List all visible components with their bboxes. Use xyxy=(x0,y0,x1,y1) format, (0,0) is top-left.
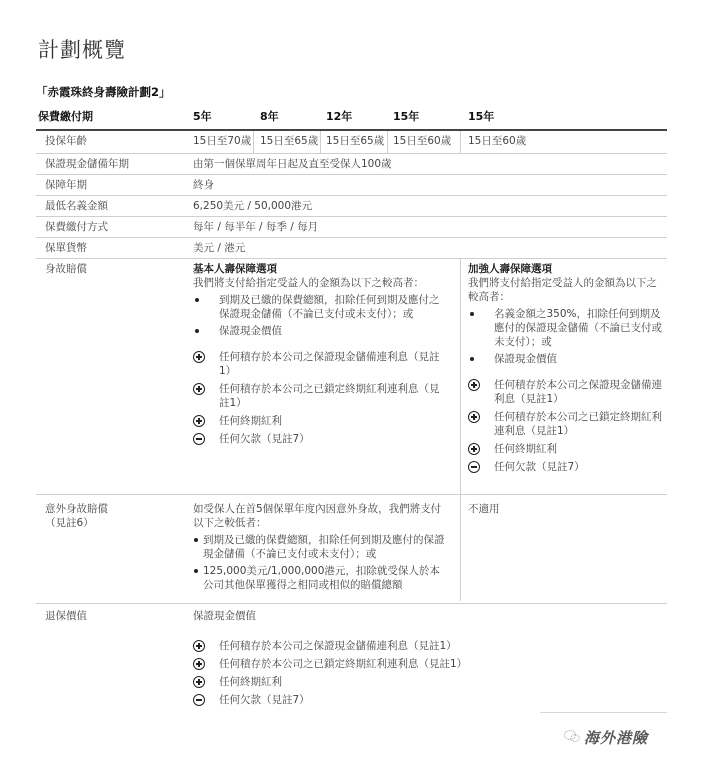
plus-circle-icon xyxy=(193,640,205,652)
row-label-payment-mode: 保費繳付方式 xyxy=(45,220,108,234)
header-term-12: 12年 xyxy=(326,106,352,128)
header-term-8: 8年 xyxy=(260,106,279,128)
plus-circle-icon xyxy=(193,351,205,363)
row-label-surrender-value: 退保價值 xyxy=(45,609,87,623)
row-divider xyxy=(36,603,667,604)
col-divider xyxy=(320,131,321,153)
row-divider xyxy=(36,195,667,196)
page-title: 計劃概覽 xyxy=(38,34,126,64)
row-divider xyxy=(36,494,667,495)
adjustment-item: 任何積存於本公司之已鎖定終期紅利連利息（見註1） xyxy=(468,410,664,438)
issue-age-5: 15日至70歲 xyxy=(193,134,251,148)
row-label-coverage-period: 保障年期 xyxy=(45,178,87,192)
plus-circle-icon xyxy=(193,415,205,427)
adjustment-item: 任何積存於本公司之保證現金儲備連利息（見註1） xyxy=(193,639,513,653)
list-item: 保證現金價值 xyxy=(193,324,448,338)
issue-age-15b: 15日至60歲 xyxy=(468,134,526,148)
header-divider xyxy=(36,129,667,131)
plan-name: 「赤霞珠終身壽險計劃2」 xyxy=(36,84,171,100)
minus-circle-icon xyxy=(193,694,205,706)
plus-circle-icon xyxy=(468,411,480,423)
enhanced-option-intro: 我們將支付給指定受益人的金額為以下之較高者： xyxy=(468,276,664,304)
bullet-icon xyxy=(195,329,199,333)
row-divider xyxy=(36,174,667,175)
row-label-currency: 保單貨幣 xyxy=(45,241,87,255)
adjustment-item: 任何欠款（見註7） xyxy=(193,432,448,446)
surrender-value-base: 保證現金價值 xyxy=(193,609,513,623)
accidental-death-intro: 如受保人在首5個保單年度內因意外身故，我們將支付以下之較低者： xyxy=(193,502,448,530)
col-divider-enhanced xyxy=(460,258,461,601)
plus-circle-icon xyxy=(193,658,205,670)
death-benefit-basic: 基本人壽保障選項 我們將支付給指定受益人的金額為以下之較高者： 到期及已繳的保費… xyxy=(193,262,448,446)
header-term-15b: 15年 xyxy=(468,106,494,128)
adjustment-item: 任何積存於本公司之保證現金儲備連利息（見註1） xyxy=(193,350,448,378)
col-divider xyxy=(253,131,254,153)
minus-circle-icon xyxy=(468,461,480,473)
row-label-death-benefit: 身故賠償 xyxy=(45,262,87,276)
bullet-icon xyxy=(470,357,474,361)
adjustment-item: 任何終期紅利 xyxy=(193,414,448,428)
header-payment-term-label: 保費繳付期 xyxy=(38,106,93,128)
accidental-death-basic: 如受保人在首5個保單年度內因意外身故，我們將支付以下之較低者： 到期及已繳的保費… xyxy=(193,502,448,592)
list-item: 到期及已繳的保費總額，扣除任何到期及應付之保證現金儲備（不論已支付或未支付）；或 xyxy=(193,293,448,321)
plus-circle-icon xyxy=(193,383,205,395)
bullet-icon xyxy=(194,569,198,573)
adjustment-item: 任何終期紅利 xyxy=(193,675,513,689)
bullet-icon xyxy=(470,312,474,316)
basic-option-title: 基本人壽保障選項 xyxy=(193,262,448,276)
row-divider xyxy=(36,216,667,217)
header-term-5: 5年 xyxy=(193,106,212,128)
bullet-icon xyxy=(194,538,198,542)
adjustment-item: 任何積存於本公司之已鎖定終期紅利連利息（見註1） xyxy=(193,657,513,671)
adjustment-item: 任何積存於本公司之已鎖定終期紅利連利息（見註1） xyxy=(193,382,448,410)
row-divider xyxy=(36,258,667,259)
row-label-cash-reserve-period: 保證現金儲備年期 xyxy=(45,157,129,171)
currency-value: 美元 / 港元 xyxy=(193,241,245,255)
plus-circle-icon xyxy=(193,676,205,688)
surrender-value: 保證現金價值 任何積存於本公司之保證現金儲備連利息（見註1） 任何積存於本公司之… xyxy=(193,609,513,707)
cash-reserve-period-value: 由第一個保單周年日起及直至受保人100歲 xyxy=(193,157,392,171)
list-item: 125,000美元/1,000,000港元，扣除就受保人於本公司其他保單獲得之相… xyxy=(193,564,448,592)
footer-divider xyxy=(540,712,667,713)
adjustment-item: 任何積存於本公司之保證現金儲備連利息（見註1） xyxy=(468,378,664,406)
list-item: 名義金額之350%，扣除任何到期及應付的保證現金儲備（不論已支付或未支付）；或 xyxy=(468,307,664,349)
coverage-period-value: 終身 xyxy=(193,178,214,192)
adjustment-item: 任何欠款（見註7） xyxy=(193,693,513,707)
list-item: 到期及已繳的保費總額，扣除任何到期及應付的保證現金儲備（不論已支付或未支付）；或 xyxy=(193,533,448,561)
issue-age-12: 15日至65歲 xyxy=(326,134,384,148)
row-label-accidental-death: 意外身故賠償 （見註6） xyxy=(45,502,108,530)
row-label-issue-age: 投保年齡 xyxy=(45,134,87,148)
row-divider xyxy=(36,153,667,154)
bullet-icon xyxy=(195,298,199,302)
plus-circle-icon xyxy=(468,379,480,391)
minus-circle-icon xyxy=(193,433,205,445)
row-divider xyxy=(36,237,667,238)
death-benefit-enhanced: 加強人壽保障選項 我們將支付給指定受益人的金額為以下之較高者： 名義金額之350… xyxy=(468,262,664,474)
wechat-icon xyxy=(564,729,580,743)
col-divider xyxy=(387,131,388,153)
min-notional-value: 6,250美元 / 50,000港元 xyxy=(193,199,312,213)
plus-circle-icon xyxy=(468,443,480,455)
payment-mode-value: 每年 / 每半年 / 每季 / 每月 xyxy=(193,220,318,234)
adjustment-item: 任何終期紅利 xyxy=(468,442,664,456)
adjustment-item: 任何欠款（見註7） xyxy=(468,460,664,474)
list-item: 保證現金價值 xyxy=(468,352,664,366)
watermark: 海外港險 xyxy=(584,727,648,748)
header-term-15a: 15年 xyxy=(393,106,419,128)
accidental-death-enhanced: 不適用 xyxy=(468,502,500,516)
col-divider xyxy=(460,131,461,153)
issue-age-15a: 15日至60歲 xyxy=(393,134,451,148)
enhanced-option-title: 加強人壽保障選項 xyxy=(468,262,664,276)
basic-option-intro: 我們將支付給指定受益人的金額為以下之較高者： xyxy=(193,276,448,290)
row-label-min-notional: 最低名義金額 xyxy=(45,199,108,213)
issue-age-8: 15日至65歲 xyxy=(260,134,318,148)
